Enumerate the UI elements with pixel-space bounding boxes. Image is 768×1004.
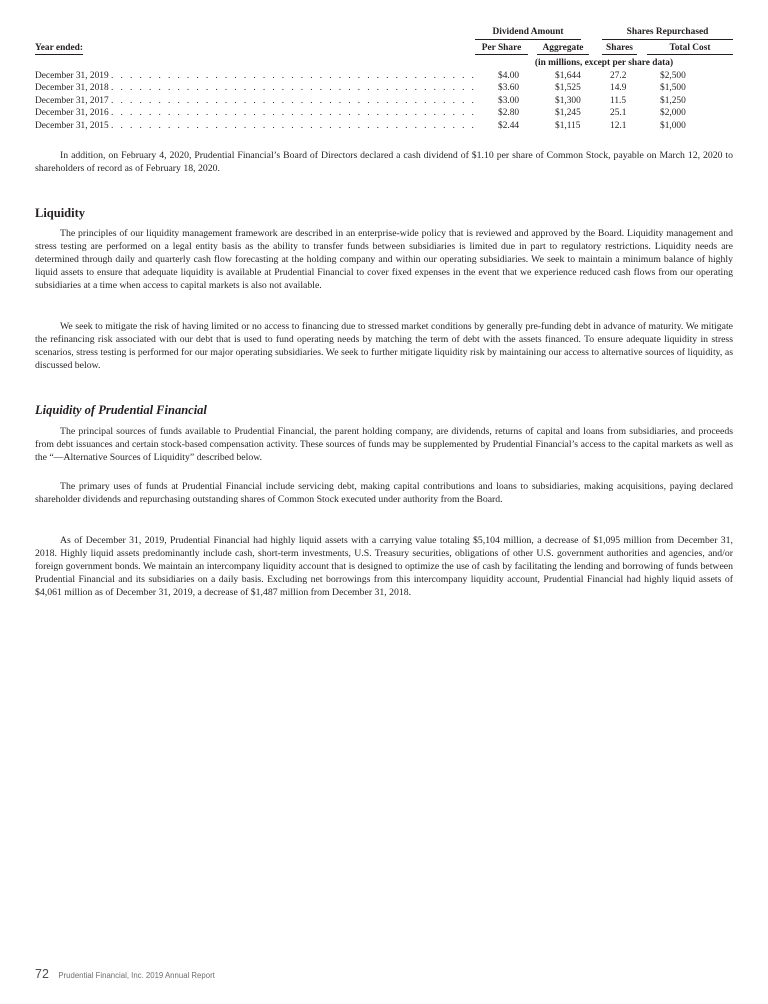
group-header-shares-repurchased: Shares Repurchased xyxy=(602,26,733,40)
page-footer: 72 Prudential Financial, Inc. 2019 Annua… xyxy=(35,965,215,983)
row-label-year: December 31, 2018 . . . . . . . . . . . … xyxy=(35,82,475,95)
cell-shares: 11.5 xyxy=(610,95,626,108)
cell-per-share: $2.80 xyxy=(498,107,519,120)
year-text: December 31, 2016 xyxy=(35,108,109,118)
row-label-year: December 31, 2017 . . . . . . . . . . . … xyxy=(35,95,475,108)
table-row: December 31, 2015 . . . . . . . . . . . … xyxy=(35,120,733,133)
cell-shares: 14.9 xyxy=(610,82,626,95)
row-label-year: December 31, 2019 . . . . . . . . . . . … xyxy=(35,70,475,83)
column-header-aggregate: Aggregate xyxy=(537,42,589,55)
cell-total-cost: $2,500 xyxy=(660,70,686,83)
cell-aggregate: $1,300 xyxy=(555,95,581,108)
page-number: 72 xyxy=(35,967,49,981)
leader-dots: . . . . . . . . . . . . . . . . . . . . … xyxy=(111,83,475,93)
year-text: December 31, 2017 xyxy=(35,96,109,106)
cell-aggregate: $1,525 xyxy=(555,82,581,95)
cell-shares: 25.1 xyxy=(610,107,626,120)
table-row: December 31, 2018 . . . . . . . . . . . … xyxy=(35,82,733,95)
leader-dots: . . . . . . . . . . . . . . . . . . . . … xyxy=(111,96,475,106)
cell-aggregate: $1,245 xyxy=(555,107,581,120)
cell-aggregate: $1,115 xyxy=(555,120,580,133)
cell-per-share: $3.60 xyxy=(498,82,519,95)
column-header-per-share: Per Share xyxy=(475,42,528,55)
table-column-header-row: Year ended: Per Share Aggregate Shares T… xyxy=(35,42,733,55)
unit-note: (in millions, except per share data) xyxy=(475,57,733,70)
dividend-declaration-paragraph: In addition, on February 4, 2020, Pruden… xyxy=(35,150,733,176)
pfi-paragraph-liquid-assets: As of December 31, 2019, Prudential Fina… xyxy=(35,535,733,600)
table-row: December 31, 2019 . . . . . . . . . . . … xyxy=(35,70,733,83)
group-header-dividend-amount: Dividend Amount xyxy=(475,26,581,40)
cell-per-share: $4.00 xyxy=(498,70,519,83)
cell-total-cost: $1,000 xyxy=(660,120,686,133)
report-title: Prudential Financial, Inc. 2019 Annual R… xyxy=(58,971,214,980)
table-row: December 31, 2017 . . . . . . . . . . . … xyxy=(35,95,733,108)
year-text: December 31, 2019 xyxy=(35,71,109,81)
liquidity-paragraph-2: We seek to mitigate the risk of having l… xyxy=(35,321,733,373)
cell-aggregate: $1,644 xyxy=(555,70,581,83)
table-body: December 31, 2019 . . . . . . . . . . . … xyxy=(35,70,733,133)
cell-total-cost: $1,250 xyxy=(660,95,686,108)
cell-total-cost: $2,000 xyxy=(660,107,686,120)
cell-total-cost: $1,500 xyxy=(660,82,686,95)
leader-dots: . . . . . . . . . . . . . . . . . . . . … xyxy=(111,71,475,81)
section-heading-liquidity: Liquidity xyxy=(35,206,85,221)
cell-per-share: $2.44 xyxy=(498,120,519,133)
cell-shares: 12.1 xyxy=(610,120,626,133)
row-label-year: December 31, 2016 . . . . . . . . . . . … xyxy=(35,107,475,120)
cell-shares: 27.2 xyxy=(610,70,626,83)
column-header-total-cost: Total Cost xyxy=(647,42,733,55)
year-text: December 31, 2015 xyxy=(35,121,109,131)
table-row: December 31, 2016 . . . . . . . . . . . … xyxy=(35,107,733,120)
pfi-paragraph-sources: The principal sources of funds available… xyxy=(35,426,733,465)
leader-dots: . . . . . . . . . . . . . . . . . . . . … xyxy=(111,108,475,118)
section-heading-liquidity-of-prudential-financial: Liquidity of Prudential Financial xyxy=(35,403,207,418)
pfi-paragraph-uses: The primary uses of funds at Prudential … xyxy=(35,481,733,507)
dividend-repurchase-table: Dividend Amount Shares Repurchased Year … xyxy=(35,26,733,132)
leader-dots: . . . . . . . . . . . . . . . . . . . . … xyxy=(111,121,475,131)
liquidity-paragraph-1: The principles of our liquidity manageme… xyxy=(35,228,733,293)
table-unit-note-row: (in millions, except per share data) xyxy=(35,57,733,70)
row-label-header: Year ended: xyxy=(35,42,83,55)
table-group-header-row: Dividend Amount Shares Repurchased xyxy=(35,26,733,39)
year-text: December 31, 2018 xyxy=(35,83,109,93)
column-header-shares: Shares xyxy=(602,42,637,55)
cell-per-share: $3.00 xyxy=(498,95,519,108)
row-label-year: December 31, 2015 . . . . . . . . . . . … xyxy=(35,120,475,133)
